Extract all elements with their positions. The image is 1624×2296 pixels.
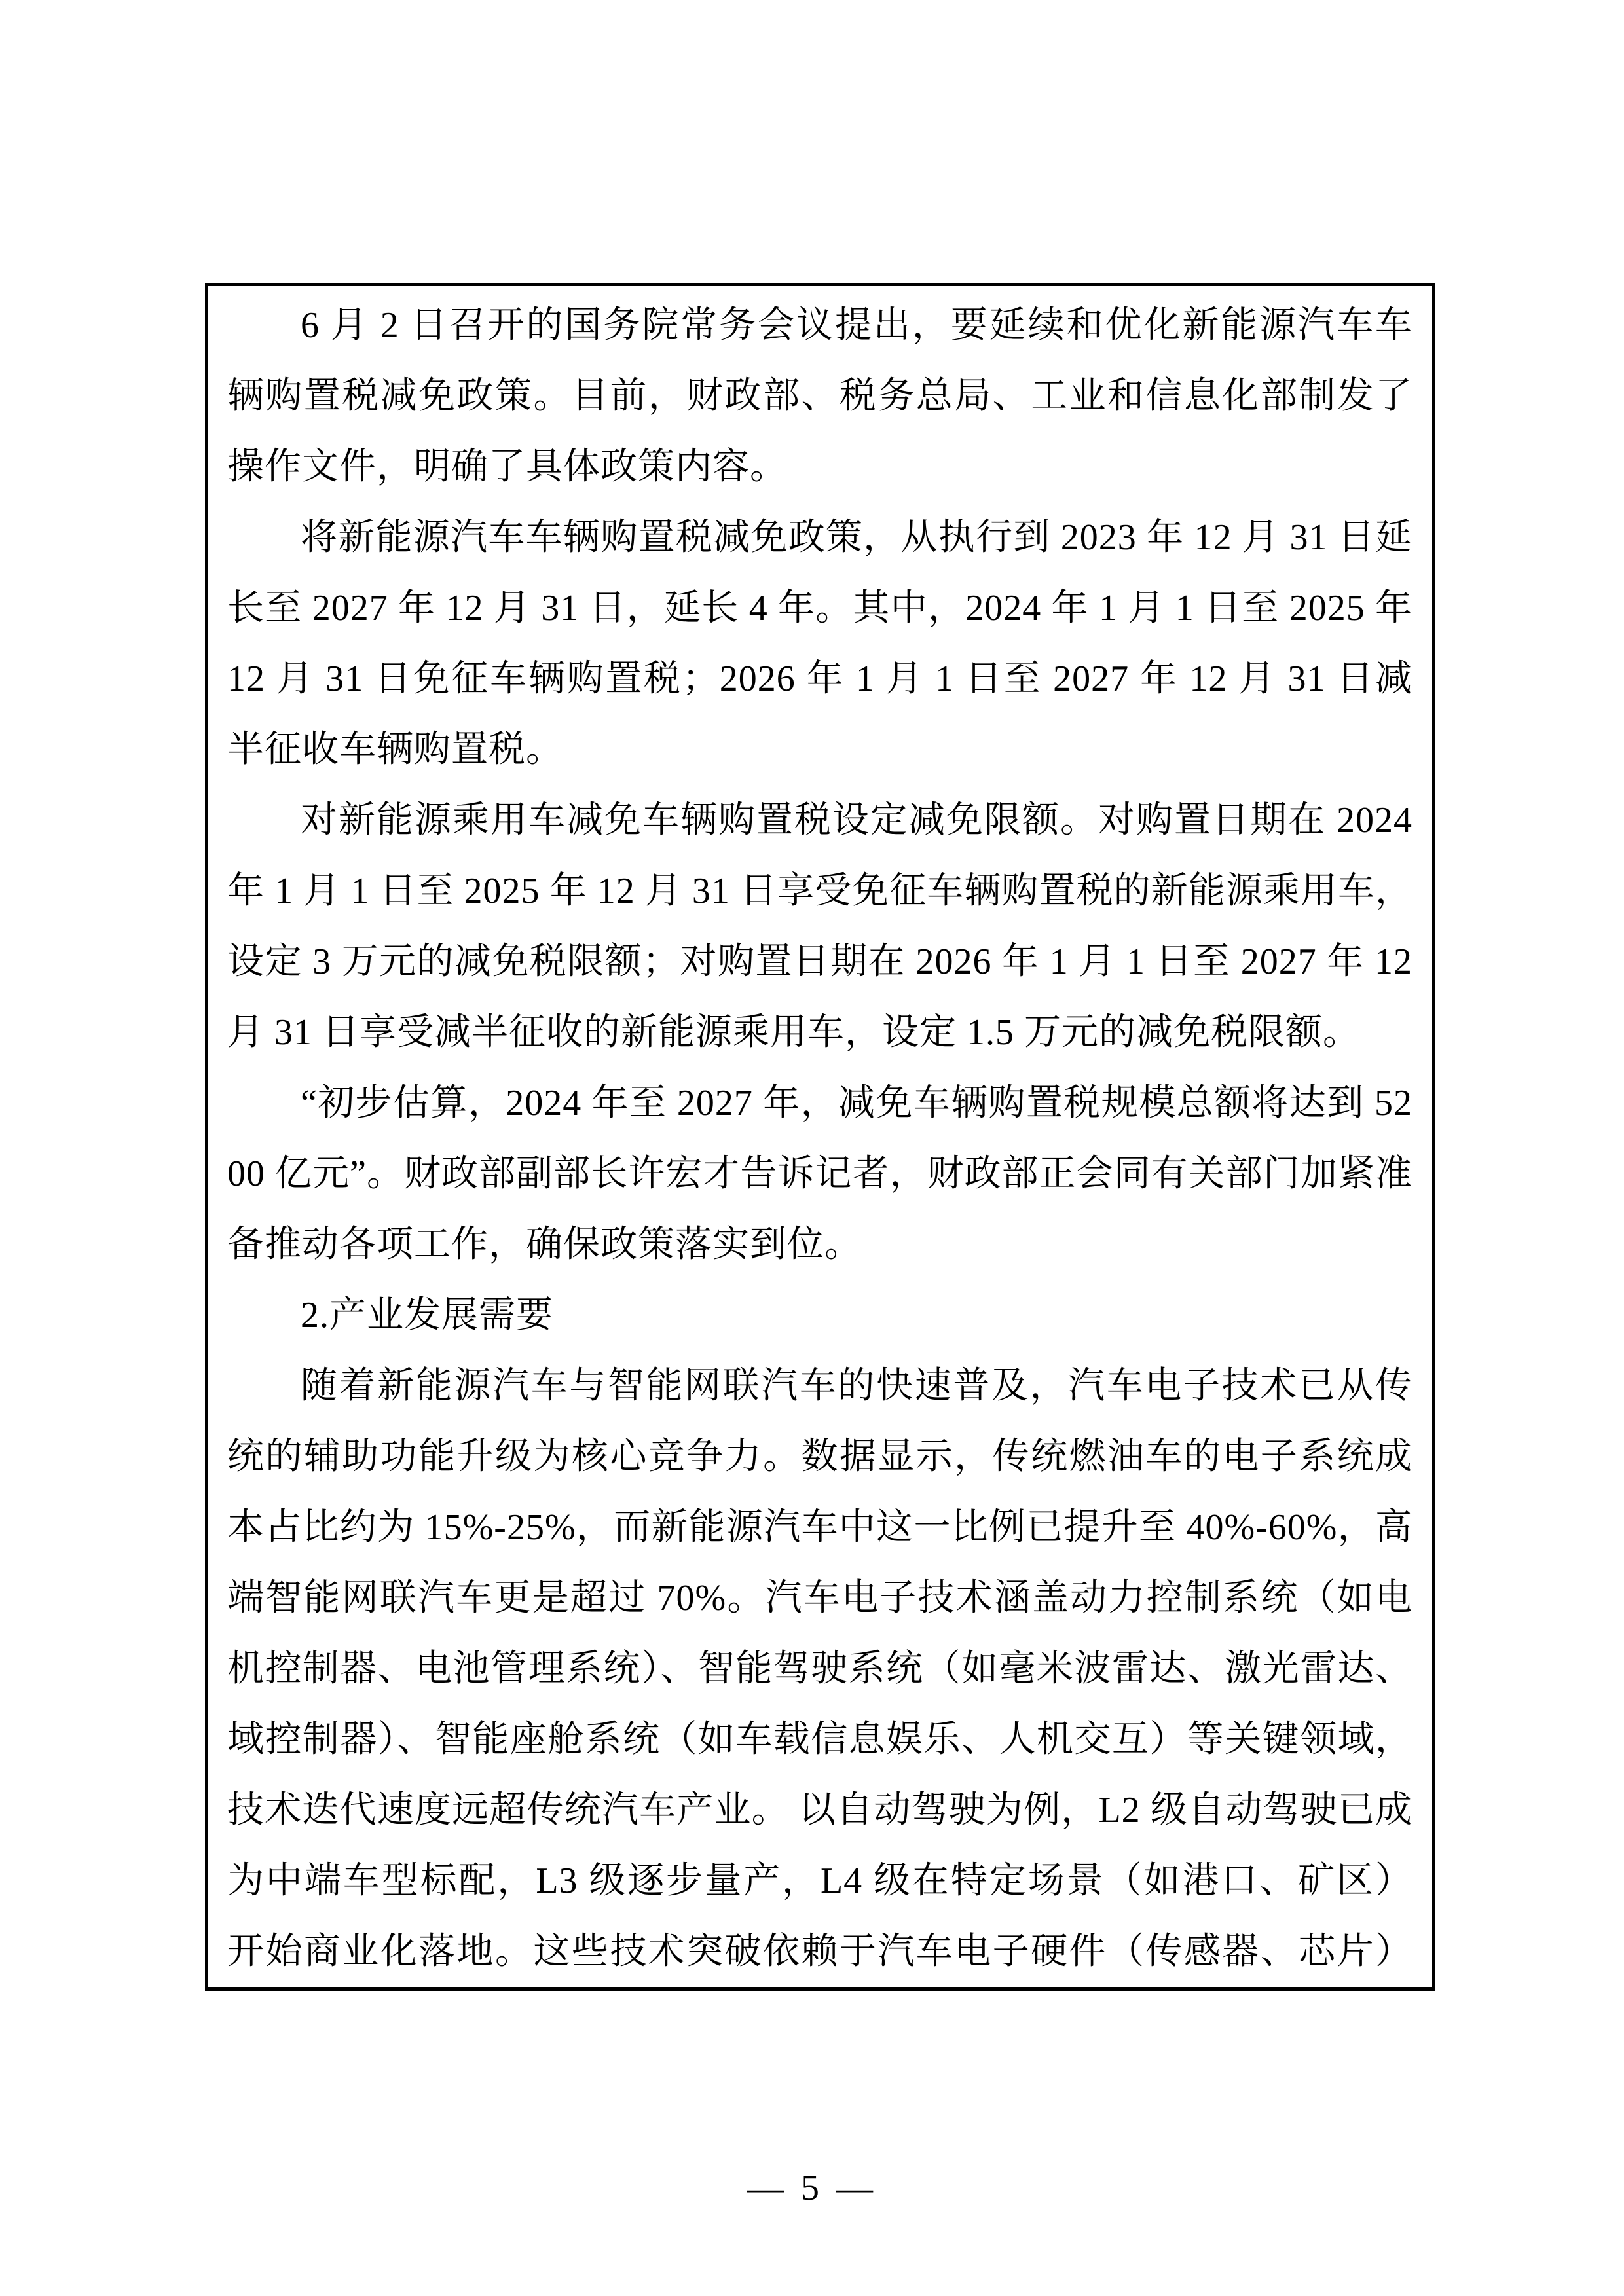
paragraph-industry-development: 随着新能源汽车与智能网联汽车的快速普及，汽车电子技术已从传统的辅助功能升级为核心…	[227, 1351, 1412, 1991]
paragraph-exemption-limit: 对新能源乘用车减免车辆购置税设定减免限额。对购置日期在 2024 年 1 月 1…	[227, 785, 1412, 1068]
document-border-box: 6 月 2 日召开的国务院常务会议提出，要延续和优化新能源汽车车辆购置税减免政策…	[205, 283, 1435, 1991]
section-heading-industry-need: 2.产业发展需要	[227, 1280, 1412, 1351]
paragraph-policy-meeting: 6 月 2 日召开的国务院常务会议提出，要延续和优化新能源汽车车辆购置税减免政策…	[227, 290, 1412, 502]
paragraph-extension-period: 将新能源汽车车辆购置税减免政策，从执行到 2023 年 12 月 31 日延长至…	[227, 502, 1412, 785]
document-page: 6 月 2 日召开的国务院常务会议提出，要延续和优化新能源汽车车辆购置税减免政策…	[0, 0, 1624, 2296]
page-number: — 5 —	[0, 2167, 1624, 2209]
paragraph-estimate-quote: “初步估算，2024 年至 2027 年，减免车辆购置税规模总额将达到 5200…	[227, 1068, 1412, 1280]
